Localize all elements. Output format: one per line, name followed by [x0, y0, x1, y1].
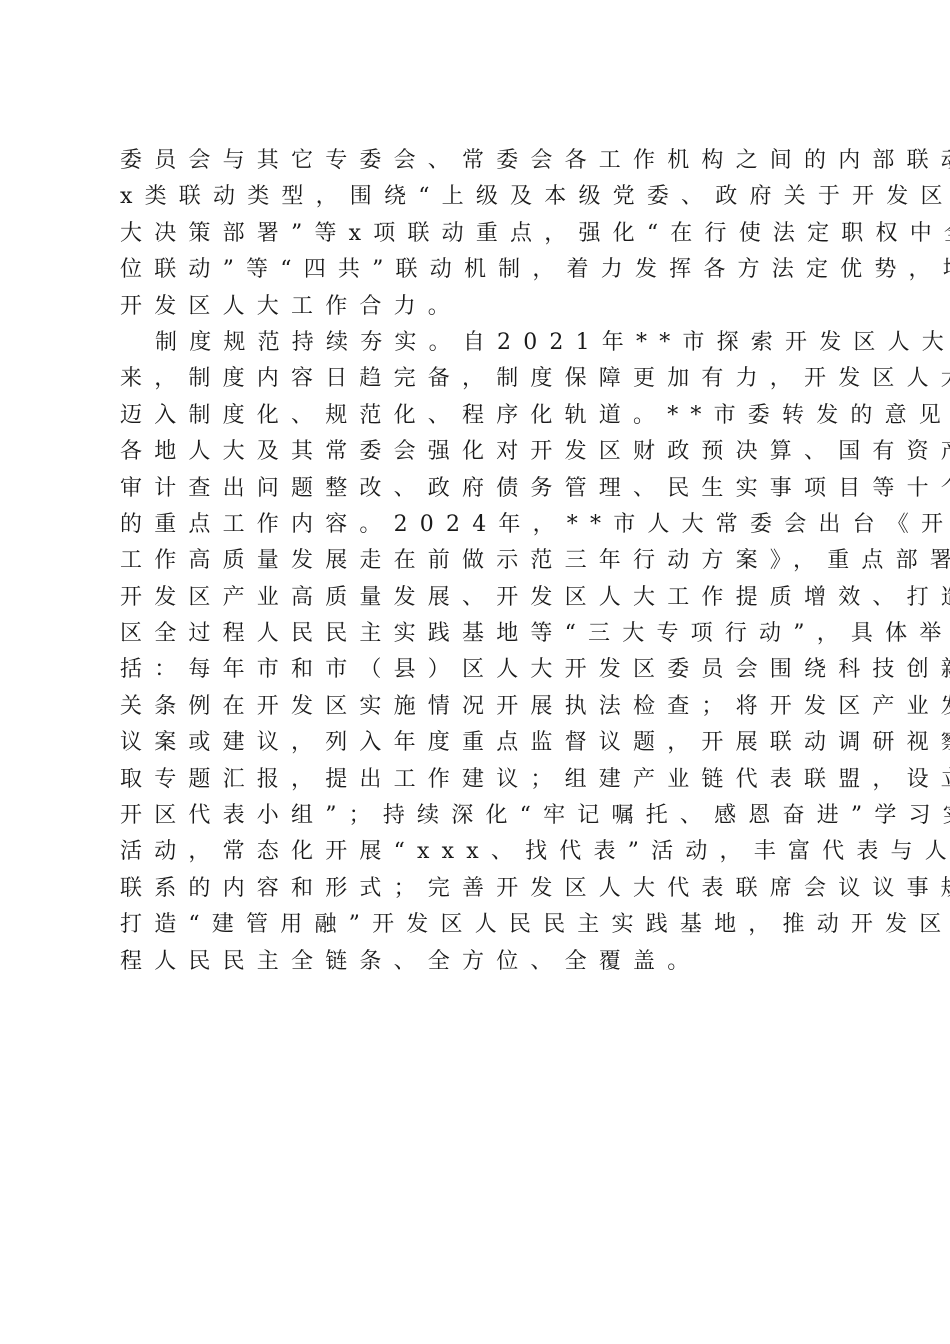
paragraph-2: 制度规范持续夯实。自2021年**市探索开发区人大工作以 来，制度内容日趋完备，… [120, 325, 840, 980]
text-line: 议案或建议，列入年度重点监督议题，开展联动调研视察、听 [120, 725, 840, 761]
text-line: 委员会与其它专委会、常委会各工作机构之间的内部联动”等 [120, 143, 840, 179]
text-line: 迈入制度化、规范化、程序化轨道。**市委转发的意见强调， [120, 398, 840, 434]
text-line: 的重点工作内容。2024年，**市人大常委会出台《开发区人大 [120, 507, 840, 543]
text-line: 开区代表小组”；持续深化“牢记嘱托、感恩奋进”学习实践 [120, 798, 840, 834]
text-line: 关条例在开发区实施情况开展执法检查；将开发区产业发展的 [120, 689, 840, 725]
text-line: 开发区产业高质量发展、开发区人大工作提质增效、打造开发 [120, 580, 840, 616]
text-line: 取专题汇报，提出工作建议；组建产业链代表联盟，设立“经 [120, 762, 840, 798]
text-line: 来，制度内容日趋完备，制度保障更加有力，开发区人大工作 [120, 361, 840, 397]
text-line: 联系的内容和形式；完善开发区人大代表联席会议议事规则， [120, 871, 840, 907]
text-line: 开发区人大工作合力。 [120, 289, 840, 325]
text-line: 程人民民主全链条、全方位、全覆盖。 [120, 944, 840, 980]
text-line: 位联动”等“四共”联动机制，着力发挥各方法定优势，增强 [120, 252, 840, 288]
text-line: 审计查出问题整改、政府债务管理、民生实事项目等十个方面 [120, 471, 840, 507]
text-line: x类联动类型，围绕“上级及本级党委、政府关于开发区的重 [120, 179, 840, 215]
text-line: 区全过程人民民主实践基地等“三大专项行动”，具体举措包 [120, 616, 840, 652]
text-line: 打造“建管用融”开发区人民民主实践基地，推动开发区全过 [120, 907, 840, 943]
text-line: 工作高质量发展走在前做示范三年行动方案》，重点部署助力 [120, 543, 840, 579]
text-line: 大决策部署”等x项联动重点，强化“在行使法定职权中全方 [120, 216, 840, 252]
text-line: 括：每年市和市（县）区人大开发区委员会围绕科技创新等相 [120, 652, 840, 688]
paragraph-1: 委员会与其它专委会、常委会各工作机构之间的内部联动”等 x类联动类型，围绕“上级… [120, 143, 840, 325]
document-page: 委员会与其它专委会、常委会各工作机构之间的内部联动”等 x类联动类型，围绕“上级… [0, 0, 950, 1344]
text-line-first: 制度规范持续夯实。自2021年**市探索开发区人大工作以 [120, 325, 840, 361]
text-line: 各地人大及其常委会强化对开发区财政预决算、国有资产管理、 [120, 434, 840, 470]
text-line: 活动，常态化开展“xxx、找代表”活动，丰富代表与人民群众 [120, 834, 840, 870]
document-body: 委员会与其它专委会、常委会各工作机构之间的内部联动”等 x类联动类型，围绕“上级… [120, 143, 840, 980]
